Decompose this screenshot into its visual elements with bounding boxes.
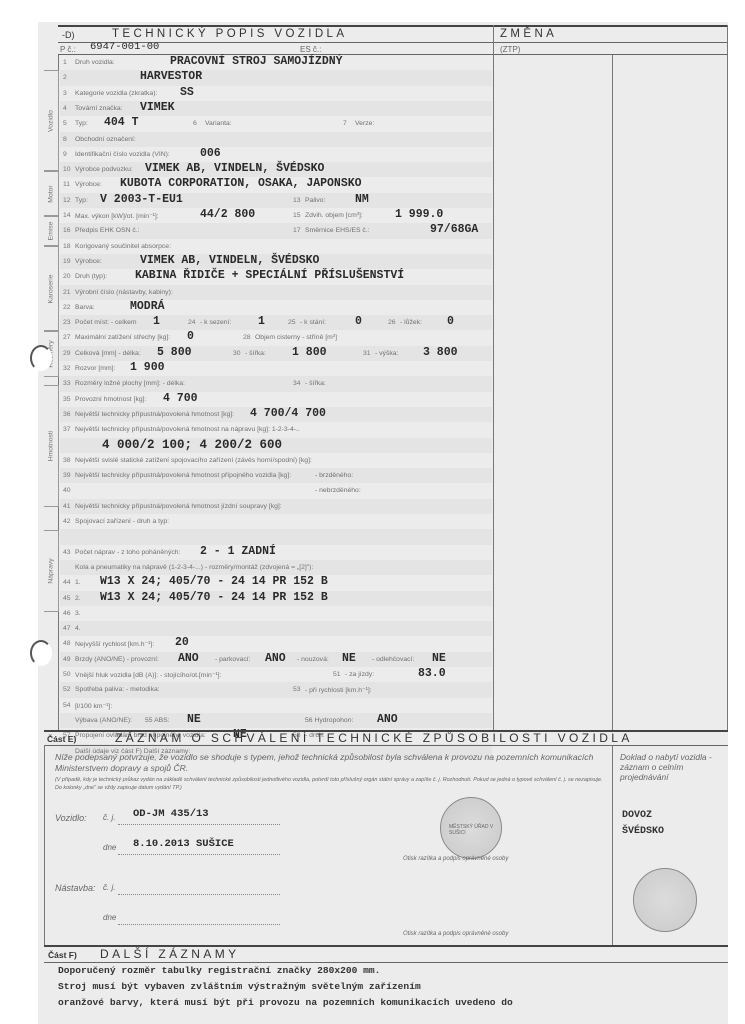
part-f-code: Část F) bbox=[48, 950, 77, 960]
form-row: 452.W13 X 24; 405/70 - 24 14 PR 152 B bbox=[60, 591, 492, 606]
section-label: Motor bbox=[48, 185, 55, 202]
form-row: 54[l/100 km⁻¹]: bbox=[60, 698, 492, 713]
form-row: 16Předpis EHK OSN č.:17Směrnice EHS/ES č… bbox=[60, 223, 492, 238]
form-row: 11Výrobce:KUBOTA CORPORATION, OSAKA, JAP… bbox=[60, 177, 492, 192]
field-33-label: Rozměry ložné plochy [mm]: - délka: bbox=[75, 380, 185, 387]
field-43-value[interactable]: 2 - 1 ZADNÍ bbox=[200, 545, 276, 558]
form-row: 4Tovární značka:VIMEK bbox=[60, 101, 492, 116]
field-1-number: 1 bbox=[63, 59, 67, 66]
form-row: 1Druh vozidla:PRACOVNÍ STROJ SAMOJÍZDNÝ bbox=[60, 55, 492, 70]
approval-statement: Níže podepsaný potvrzuje, že vozidlo se … bbox=[55, 752, 605, 774]
form-row: Kola a pneumatiky na nápravě (1-2-3-4-..… bbox=[60, 560, 492, 575]
form-row: 39Největší technicky přípustná/povolená … bbox=[60, 468, 492, 483]
field-34-label: - šířka: bbox=[305, 380, 326, 387]
field-30-value[interactable]: 1 800 bbox=[292, 346, 327, 359]
field-37-value[interactable]: 4 000/2 100; 4 200/2 600 bbox=[102, 438, 282, 452]
tp-number: 6947-001-00 bbox=[90, 41, 159, 53]
field-55-value[interactable]: NE bbox=[187, 713, 201, 726]
field-25-number: 25 bbox=[288, 319, 296, 326]
field-51-number: 51 bbox=[333, 671, 341, 678]
form-row: 8Obchodní označení: bbox=[60, 132, 492, 147]
field-44-label: 1. bbox=[75, 579, 81, 586]
field-51-label: - za jízdy: bbox=[345, 671, 374, 678]
section-label: Nápravy bbox=[48, 558, 55, 583]
field-48-value[interactable]: 20 bbox=[175, 636, 189, 649]
field-5-value[interactable]: 404 T bbox=[104, 116, 139, 129]
field-11-label: Výrobce: bbox=[75, 181, 102, 188]
field-26-value[interactable]: 0 bbox=[447, 315, 454, 328]
field-32-number: 32 bbox=[63, 365, 71, 372]
field-42-number: 42 bbox=[63, 518, 71, 525]
field-8-number: 8 bbox=[63, 136, 67, 143]
field-51-value[interactable]: 83.0 bbox=[418, 667, 446, 680]
form-row: 32Rozvor [mm]:1 900 bbox=[60, 361, 492, 376]
field-34-number: 34 bbox=[293, 380, 301, 387]
field-11-number: 11 bbox=[63, 181, 70, 188]
wheels-caption: Kola a pneumatiky na nápravě (1-2-3-4-..… bbox=[75, 564, 313, 571]
field-54-number: 54 bbox=[63, 702, 71, 709]
field-25-value[interactable]: 0 bbox=[355, 315, 362, 328]
field-11-value[interactable]: KUBOTA CORPORATION, OSAKA, JAPONSKO bbox=[120, 177, 362, 190]
field-2-number: 2 bbox=[63, 74, 67, 81]
field-32-label: Rozvor [mm]: bbox=[75, 365, 115, 372]
section-hmotnosti: Hmotnosti bbox=[44, 385, 59, 507]
field-13-label: Palivo: bbox=[305, 197, 325, 204]
field-24-number: 24 bbox=[188, 319, 196, 326]
field-39-sublabel: - brzděného: bbox=[315, 472, 353, 479]
field-19-label: Výrobce: bbox=[75, 258, 102, 265]
field-30-number: 30 bbox=[233, 350, 241, 357]
col-line bbox=[727, 25, 728, 730]
field-47-label: 4. bbox=[75, 625, 81, 632]
field-46-label: 3. bbox=[75, 610, 81, 617]
field-26-number: 26 bbox=[388, 319, 396, 326]
field-49-parking-brake[interactable]: ANO bbox=[265, 652, 286, 665]
field-7-number: 7 bbox=[343, 120, 347, 127]
form-row: 20Druh (typ):KABINA ŘIDIČE + SPECIÁLNÍ P… bbox=[60, 269, 492, 284]
field-9-label: Identifikační číslo vozidla (VIN): bbox=[75, 151, 170, 158]
field-16-number: 16 bbox=[63, 227, 71, 234]
field-41-label: Největší technicky přípustná/povolená hm… bbox=[75, 503, 282, 510]
field-1-label: Druh vozidla: bbox=[75, 59, 115, 66]
body-date-label: dne bbox=[103, 913, 116, 922]
vehicle-date-line bbox=[118, 853, 280, 855]
field-17-number: 17 bbox=[293, 227, 301, 234]
field-36-label: Největší technicky přípustná/povolená hm… bbox=[75, 411, 234, 418]
field-37-label: Největší technicky přípustná/povolená hm… bbox=[75, 426, 300, 433]
field-10-value[interactable]: VIMEK AB, VINDELN, ŠVÉDSKO bbox=[145, 162, 324, 175]
field-35-number: 35 bbox=[63, 396, 71, 403]
field-7-label: Verze: bbox=[355, 120, 374, 127]
field-48-number: 48 bbox=[63, 640, 71, 647]
part-f-line: Doporučený rozměr tabulky registrační zn… bbox=[58, 965, 380, 976]
form-row: 14Max. výkon [kW]/ot. [min⁻¹]:44/2 80015… bbox=[60, 208, 492, 223]
field-13-value[interactable]: NM bbox=[355, 193, 369, 206]
form-row: 474. bbox=[60, 621, 492, 636]
field-20-value[interactable]: KABINA ŘIDIČE + SPECIÁLNÍ PŘÍSLUŠENSTVÍ bbox=[135, 269, 404, 282]
field-29-number: 29 bbox=[63, 350, 71, 357]
field-38-label: Největší svislé statické zatížení spojov… bbox=[75, 457, 312, 464]
form-row: 2HARVESTOR bbox=[60, 70, 492, 85]
field-14-value[interactable]: 44/2 800 bbox=[200, 208, 255, 221]
field-23-value[interactable]: 1 bbox=[153, 315, 160, 328]
form-row: 35Provozní hmotnost [kg]:4 700 bbox=[60, 392, 492, 407]
body-label: Nástavba: bbox=[55, 883, 96, 893]
field-43-label: Počet náprav - z toho poháněných: bbox=[75, 549, 180, 556]
field-20-label: Druh (typ): bbox=[75, 273, 107, 280]
form-row: 40- nebrzděného: bbox=[60, 483, 492, 498]
form-row: 41Největší technicky přípustná/povolená … bbox=[60, 499, 492, 514]
form-row: Výbava (ANO/NE):55 ABS:NE56 Hydropohon:A… bbox=[60, 713, 492, 728]
document-title: TECHNICKÝ POPIS VOZIDLA bbox=[112, 28, 347, 40]
field-12-label: Typ: bbox=[75, 197, 88, 204]
tp-prefix: P č.: bbox=[60, 45, 76, 54]
field-29-label: Celková [mm] - délka: bbox=[75, 350, 141, 357]
field-48-label: Nejvyšší rychlost [km.h⁻¹]: bbox=[75, 640, 154, 648]
field-44-number: 44 bbox=[63, 579, 71, 586]
equipment-label: Výbava (ANO/NE): bbox=[75, 717, 132, 724]
form-row: 27Maximální zatížení střechy [kg]:028Obj… bbox=[60, 330, 492, 345]
field-15-value[interactable]: 1 999.0 bbox=[395, 208, 443, 221]
field-28-number: 28 bbox=[243, 334, 251, 341]
field-14-label: Max. výkon [kW]/ot. [min⁻¹]: bbox=[75, 212, 159, 220]
field-3-value[interactable]: SS bbox=[180, 86, 194, 99]
es-number-label: ES č.: bbox=[300, 45, 321, 54]
field-1-value[interactable]: PRACOVNÍ STROJ SAMOJÍZDNÝ bbox=[170, 55, 343, 68]
change-subtitle: (ZTP) bbox=[500, 45, 520, 54]
field-13-number: 13 bbox=[293, 197, 301, 204]
form-row: 23Počet míst: - celkem124- k sezení:125-… bbox=[60, 315, 492, 330]
field-26-label: - lůžek: bbox=[400, 319, 422, 326]
section-napravy: Nápravy bbox=[44, 530, 59, 612]
section-d-code: -D) bbox=[62, 30, 75, 40]
field-12-number: 12 bbox=[63, 197, 71, 204]
section-label: Karoserie bbox=[48, 274, 55, 303]
field-35-label: Provozní hmotnost [kg]: bbox=[75, 396, 146, 403]
vehicle-date-label: dne bbox=[103, 843, 116, 852]
col-line bbox=[493, 25, 494, 730]
field-49-service-brake[interactable]: ANO bbox=[178, 652, 199, 665]
field-31-number: 31 bbox=[363, 350, 371, 357]
field-28-label: Objem cisterny - stříně [m³] bbox=[255, 334, 337, 341]
field-50-number: 50 bbox=[63, 671, 71, 678]
form-row: 38Největší svislé statické zatížení spoj… bbox=[60, 453, 492, 468]
field-10-number: 10 bbox=[63, 166, 71, 173]
field-40-number: 40 bbox=[63, 487, 71, 494]
field-24-label: - k sezení: bbox=[200, 319, 231, 326]
official-stamp: MĚSTSKÝ ÚŘAD V SUŠICI bbox=[440, 797, 502, 859]
field-33-number: 33 bbox=[63, 380, 71, 387]
vehicle-cj-value[interactable]: OD-JM 435/13 bbox=[133, 808, 209, 820]
vehicle-cj-line bbox=[118, 823, 280, 825]
field-42-label: Spojovací zařízení - druh a typ: bbox=[75, 518, 169, 525]
form-row: 12Typ:V 2003-T-EU113Palivo:NM bbox=[60, 193, 492, 208]
field-27-label: Maximální zatížení střechy [kg]: bbox=[75, 334, 170, 341]
field-56-value[interactable]: ANO bbox=[377, 713, 398, 726]
form-row: 50Vnější hluk vozidla [dB (A)]: - stojíc… bbox=[60, 667, 492, 682]
field-50-label: Vnější hluk vozidla [dB (A)]: - stojícíh… bbox=[75, 671, 221, 679]
stamp-text: MĚSTSKÝ ÚŘAD V SUŠICI bbox=[449, 824, 501, 836]
field-37-number: 37 bbox=[63, 426, 71, 433]
field-31-value[interactable]: 3 800 bbox=[423, 346, 458, 359]
field-56-label: 56 Hydropohon: bbox=[305, 717, 353, 724]
field-4-label: Tovární značka: bbox=[75, 105, 123, 112]
stamp-caption: Otisk razítka a podpis oprávněné osoby bbox=[403, 856, 508, 862]
customs-caption: Doklad o nabytí vozidla - záznam o celní… bbox=[620, 752, 720, 782]
customs-value-1: DOVOZ bbox=[622, 810, 652, 821]
field-55-label: 55 ABS: bbox=[145, 717, 170, 724]
customs-stamp bbox=[633, 868, 697, 932]
field-22-value[interactable]: MODRÁ bbox=[130, 300, 165, 313]
field-45-label: 2. bbox=[75, 595, 81, 602]
form-row: 10Výrobce podvozku:VIMEK AB, VINDELN, ŠV… bbox=[60, 162, 492, 177]
part-e-rule-2 bbox=[44, 745, 728, 746]
field-53-label: - při rychlosti [km.h⁻¹]: bbox=[305, 686, 372, 694]
field-17-value[interactable]: 97/68GA bbox=[430, 223, 478, 236]
body-cj-label: č. j. bbox=[103, 883, 115, 892]
form-row: 49Brzdy (ANO/NE) - provozní:ANO- parkova… bbox=[60, 652, 492, 667]
top-rule bbox=[58, 25, 728, 27]
field-4-value[interactable]: VIMEK bbox=[140, 101, 175, 114]
form-row: 33Rozměry ložné plochy [mm]: - délka:34-… bbox=[60, 376, 492, 391]
section-label: Vozidlo bbox=[48, 110, 55, 132]
field-52-number: 52 bbox=[63, 686, 71, 693]
form-row: 441.W13 X 24; 405/70 - 24 14 PR 152 B bbox=[60, 575, 492, 590]
field-6-number: 6 bbox=[193, 120, 197, 127]
field-49-number: 49 bbox=[63, 656, 71, 663]
field-23-number: 23 bbox=[63, 319, 71, 326]
field-29-value[interactable]: 5 800 bbox=[157, 346, 192, 359]
body-date-line[interactable] bbox=[118, 923, 280, 925]
field-44-value[interactable]: W13 X 24; 405/70 - 24 14 PR 152 B bbox=[100, 575, 328, 588]
field-36-number: 36 bbox=[63, 411, 71, 418]
field-12-value[interactable]: V 2003-T-EU1 bbox=[100, 193, 183, 206]
section-emise: Emise bbox=[44, 215, 59, 247]
section-label: Emise bbox=[48, 222, 55, 241]
field-27-value[interactable]: 0 bbox=[187, 330, 194, 343]
col-line bbox=[612, 55, 613, 730]
vehicle-label: Vozidlo: bbox=[55, 813, 87, 823]
field-17-label: Směrnice EHS/ES č.: bbox=[305, 227, 370, 234]
form-row: 463. bbox=[60, 606, 492, 621]
field-32-value[interactable]: 1 900 bbox=[130, 361, 165, 374]
field-49-retarder-label: - odlehčovací: bbox=[372, 656, 414, 663]
field-45-number: 45 bbox=[63, 595, 71, 602]
punch-hole bbox=[30, 640, 52, 666]
field-21-label: Výrobní číslo (nástavby, kabiny): bbox=[75, 289, 173, 296]
form-row: 19Výrobce:VIMEK AB, VINDELN, ŠVÉDSKO bbox=[60, 254, 492, 269]
form-row: 21Výrobní číslo (nástavby, kabiny): bbox=[60, 285, 492, 300]
field-5-number: 5 bbox=[63, 120, 67, 127]
field-52-label: Spotřeba paliva: - metodika: bbox=[75, 686, 160, 693]
form-row: 48Nejvyšší rychlost [km.h⁻¹]:20 bbox=[60, 636, 492, 651]
part-f-rule-2 bbox=[44, 962, 728, 963]
field-39-number: 39 bbox=[63, 472, 71, 479]
field-39-label: Největší technicky přípustná/povolená hm… bbox=[75, 472, 291, 479]
field-18-number: 18 bbox=[63, 243, 71, 250]
field-19-value[interactable]: VIMEK AB, VINDELN, ŠVÉDSKO bbox=[140, 254, 319, 267]
field-23-label: Počet míst: - celkem bbox=[75, 319, 137, 326]
field-19-number: 19 bbox=[63, 258, 71, 265]
field-49-emergency-label: - nouzová: bbox=[297, 656, 329, 663]
change-title: ZMĚNA bbox=[500, 28, 557, 40]
field-4-number: 4 bbox=[63, 105, 67, 112]
form-row: 29Celková [mm] - délka:5 80030- šířka:1 … bbox=[60, 346, 492, 361]
field-3-label: Kategorie vozidla (zkratka): bbox=[75, 90, 157, 97]
field-15-label: Zdvih. objem [cm³]: bbox=[305, 212, 363, 219]
field-49-parking-label: - parkovací: bbox=[215, 656, 251, 663]
field-22-number: 22 bbox=[63, 304, 71, 311]
field-49-emergency-brake[interactable]: NE bbox=[342, 652, 356, 665]
field-36-value[interactable]: 4 700/4 700 bbox=[250, 407, 326, 420]
field-35-value[interactable]: 4 700 bbox=[163, 392, 198, 405]
approval-note: (V případě, kdy je technický průkaz vydá… bbox=[55, 776, 605, 792]
part-e-code: Část E) bbox=[47, 734, 76, 744]
section-karoserie: Karoserie bbox=[44, 245, 59, 332]
field-38-number: 38 bbox=[63, 457, 71, 464]
field-21-number: 21 bbox=[63, 289, 71, 296]
field-49-retarder[interactable]: NE bbox=[432, 652, 446, 665]
field-43-number: 43 bbox=[63, 549, 71, 556]
part-f-line: Stroj musí být vybaven zvláštním výstraž… bbox=[58, 981, 421, 992]
field-9-number: 9 bbox=[63, 151, 67, 158]
field-53-number: 53 bbox=[293, 686, 301, 693]
vehicle-date-value[interactable]: 8.10.2013 SUŠICE bbox=[133, 838, 234, 850]
field-9-value[interactable]: 006 bbox=[200, 147, 221, 160]
field-25-label: - k stání: bbox=[300, 319, 326, 326]
body-cj-line[interactable] bbox=[118, 893, 280, 895]
stamp-caption-2: Otisk razítka a podpis oprávněné osoby bbox=[403, 931, 508, 937]
section-vozidlo: Vozidlo bbox=[44, 70, 59, 172]
form-row: 43Počet náprav - z toho poháněných:2 - 1… bbox=[60, 545, 492, 560]
field-15-number: 15 bbox=[293, 212, 301, 219]
field-14-number: 14 bbox=[63, 212, 71, 219]
part-f-title: DALŠÍ ZÁZNAMY bbox=[100, 947, 240, 961]
field-45-value[interactable]: W13 X 24; 405/70 - 24 14 PR 152 B bbox=[100, 591, 328, 604]
field-22-label: Barva: bbox=[75, 304, 95, 311]
section-motor: Motor bbox=[44, 170, 59, 217]
field-27-number: 27 bbox=[63, 334, 71, 341]
section-label: Hmotnosti bbox=[48, 431, 55, 462]
form-row: 5Typ:404 T6Varianta:7Verze: bbox=[60, 116, 492, 131]
part-f-line: oranžové barvy, která musí být při provo… bbox=[58, 997, 513, 1008]
field-54-label: [l/100 km⁻¹]: bbox=[75, 702, 112, 710]
field-30-label: - šířka: bbox=[245, 350, 266, 357]
field-20-number: 20 bbox=[63, 273, 71, 280]
punch-hole bbox=[30, 345, 52, 371]
field-10-label: Výrobce podvozku: bbox=[75, 166, 133, 173]
field-46-number: 46 bbox=[63, 610, 71, 617]
field-6-label: Varianta: bbox=[205, 120, 232, 127]
form-row: 3Kategorie vozidla (zkratka):SS bbox=[60, 86, 492, 101]
field-24-value[interactable]: 1 bbox=[258, 315, 265, 328]
form-row: 4 000/2 100; 4 200/2 600 bbox=[60, 438, 492, 453]
field-40-sublabel: - nebrzděného: bbox=[315, 487, 361, 494]
field-8-label: Obchodní označení: bbox=[75, 136, 136, 143]
field-18-label: Korigovaný součinitel absorpce: bbox=[75, 243, 171, 250]
customs-value-2: ŠVÉDSKO bbox=[622, 826, 664, 837]
field-31-label: - výška: bbox=[375, 350, 398, 357]
part-e-title: ZÁZNAM O SCHVÁLENÍ TECHNICKÉ ZPŮSOBILOST… bbox=[115, 731, 633, 745]
col-line bbox=[44, 745, 45, 945]
field-5-label: Typ: bbox=[75, 120, 88, 127]
col-line bbox=[612, 745, 613, 945]
form-row: 36Největší technicky přípustná/povolená … bbox=[60, 407, 492, 422]
form-row: 37Největší technicky přípustná/povolená … bbox=[60, 422, 492, 437]
field-49-label: Brzdy (ANO/NE) - provozní: bbox=[75, 656, 159, 663]
field-47-number: 47 bbox=[63, 625, 71, 632]
form-row: 52Spotřeba paliva: - metodika:53- při ry… bbox=[60, 682, 492, 697]
field-3-number: 3 bbox=[63, 90, 67, 97]
form-row: 42Spojovací zařízení - druh a typ: bbox=[60, 514, 492, 529]
field-16-label: Předpis EHK OSN č.: bbox=[75, 227, 140, 234]
form-row bbox=[60, 529, 492, 544]
form-row: 22Barva:MODRÁ bbox=[60, 300, 492, 315]
field-41-number: 41 bbox=[63, 503, 71, 510]
field-2-value[interactable]: HARVESTOR bbox=[140, 70, 202, 83]
vehicle-cj-label: č. j. bbox=[103, 813, 115, 822]
form-row: 18Korigovaný součinitel absorpce: bbox=[60, 239, 492, 254]
form-row: 9Identifikační číslo vozidla (VIN):006 bbox=[60, 147, 492, 162]
